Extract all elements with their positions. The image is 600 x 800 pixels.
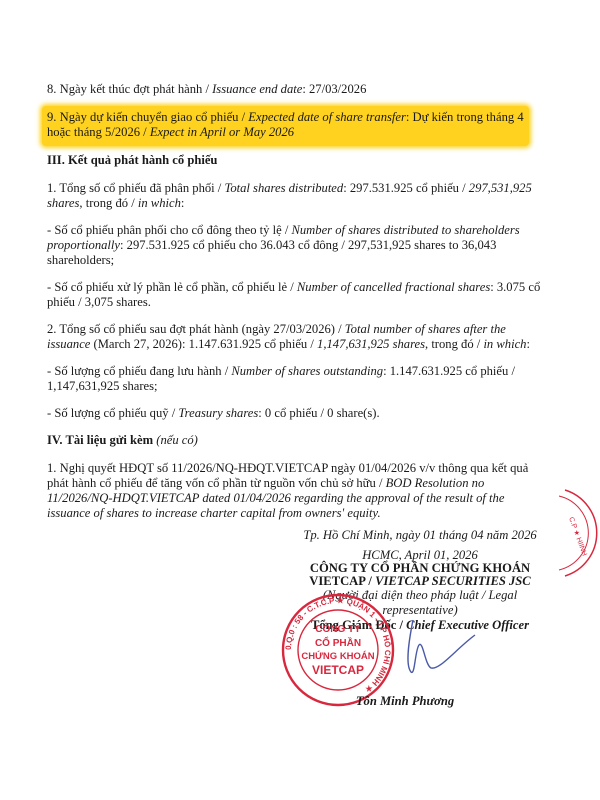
stamp-line-1: CÔNG TY (315, 622, 361, 635)
s3-item2-value-en: 1,147,631,925 shares (317, 337, 425, 351)
s3-bullet3-vi: - Số lượng cổ phiếu đang lưu hành / (47, 364, 231, 378)
s3-item1-end: : (181, 196, 185, 210)
section-3-bullet-fractional: - Số cổ phiếu xử lý phần lẻ cổ phần, cổ … (47, 280, 547, 310)
section-3-bullet-treasury: - Số lượng cổ phiếu quỹ / Treasury share… (47, 406, 547, 421)
s3-item2-tail-en: in which (483, 337, 526, 351)
company-stamp: 0.Q.0 : 58 - C.T.C.P ★ QUẬN 1 - T.P HỒ C… (280, 592, 396, 708)
item-9-label-vi: 9. Ngày dự kiến chuyển giao cổ phiếu / (47, 110, 248, 124)
signature-company-line2: VIETCAP / VIETCAP SECURITIES JSC (270, 574, 570, 589)
section-4-item-1: 1. Nghị quyết HĐQT số 11/2026/NQ-HĐQT.VI… (47, 461, 547, 521)
signatory-name: Tôn Minh Phương (310, 694, 500, 709)
s3-bullet4-en: Treasury shares (178, 406, 258, 420)
stamp-line-3: CHỨNG KHOÁN (301, 650, 374, 662)
s3-item2-vi: 2. Tổng số cổ phiếu sau đợt phát hành (n… (47, 322, 345, 336)
s4-heading-text: IV. Tài liệu gửi kèm (47, 433, 156, 447)
item-8-issuance-end-date: 8. Ngày kết thúc đợt phát hành / Issuanc… (47, 82, 547, 97)
company-line2-vi: VIETCAP / (309, 574, 375, 588)
page-edge-stamp: C.P ★ HIINH (555, 488, 600, 578)
item-8-value: : 27/03/2026 (302, 82, 366, 96)
item-9-expected-transfer-date: 9. Ngày dự kiến chuyển giao cổ phiếu / E… (47, 110, 532, 140)
document-page: 8. Ngày kết thúc đợt phát hành / Issuanc… (0, 0, 600, 800)
item-8-label-vi: 8. Ngày kết thúc đợt phát hành / (47, 82, 212, 96)
s4-heading-note: (nếu có) (156, 433, 198, 447)
s3-bullet4-vi: - Số lượng cổ phiếu quỹ / (47, 406, 178, 420)
s3-item2-tail-vi: , trong đó / (425, 337, 483, 351)
stamp-line-4: VIETCAP (312, 663, 364, 677)
signature-place-date-vi: Tp. Hồ Chí Minh, ngày 01 tháng 04 năm 20… (270, 528, 570, 543)
section-3-bullet-distributed: - Số cổ phiếu phân phối cho cổ đông theo… (47, 223, 547, 268)
stamp-line-2: CỔ PHẦN (315, 636, 361, 649)
s3-item2-value-vi: (March 27, 2026): 1.147.631.925 cổ phiếu… (90, 337, 317, 351)
s3-item1-tail-en: in which (138, 196, 181, 210)
section-3-item-2: 2. Tổng số cổ phiếu sau đợt phát hành (n… (47, 322, 547, 352)
section-3-heading: III. Kết quả phát hành cổ phiếu (47, 153, 547, 168)
s3-bullet2-vi: - Số cổ phiếu xử lý phần lẻ cổ phần, cổ … (47, 280, 297, 294)
s3-bullet2-en: Number of cancelled fractional shares (297, 280, 490, 294)
s3-bullet3-en: Number of shares outstanding (231, 364, 383, 378)
s3-item1-en: Total shares distributed (224, 181, 343, 195)
item-9-label-en: Expected date of share transfer (248, 110, 406, 124)
s3-bullet1-vi: - Số cổ phiếu phân phối cho cổ đông theo… (47, 223, 291, 237)
item-9-value-en: Expect in April or May 2026 (150, 125, 294, 139)
company-en: VIETCAP SECURITIES JSC (375, 574, 531, 588)
item-8-label-en: Issuance end date (212, 82, 302, 96)
section-3-item-1: 1. Tổng số cổ phiếu đã phân phối / Total… (47, 181, 547, 211)
section-3-bullet-outstanding: - Số lượng cổ phiếu đang lưu hành / Numb… (47, 364, 547, 394)
s3-bullet4-value: : 0 cổ phiếu / 0 share(s). (258, 406, 379, 420)
section-4-heading: IV. Tài liệu gửi kèm (nếu có) (47, 433, 547, 448)
handwritten-signature (385, 610, 485, 690)
s3-item2-end: : (526, 337, 530, 351)
edge-stamp-text: C.P ★ HIINH (567, 516, 588, 557)
s3-item1-value-vi: : 297.531.925 cổ phiếu / (343, 181, 469, 195)
s3-item1-vi: 1. Tổng số cổ phiếu đã phân phối / (47, 181, 224, 195)
s3-item1-tail-vi: , trong đó / (79, 196, 137, 210)
